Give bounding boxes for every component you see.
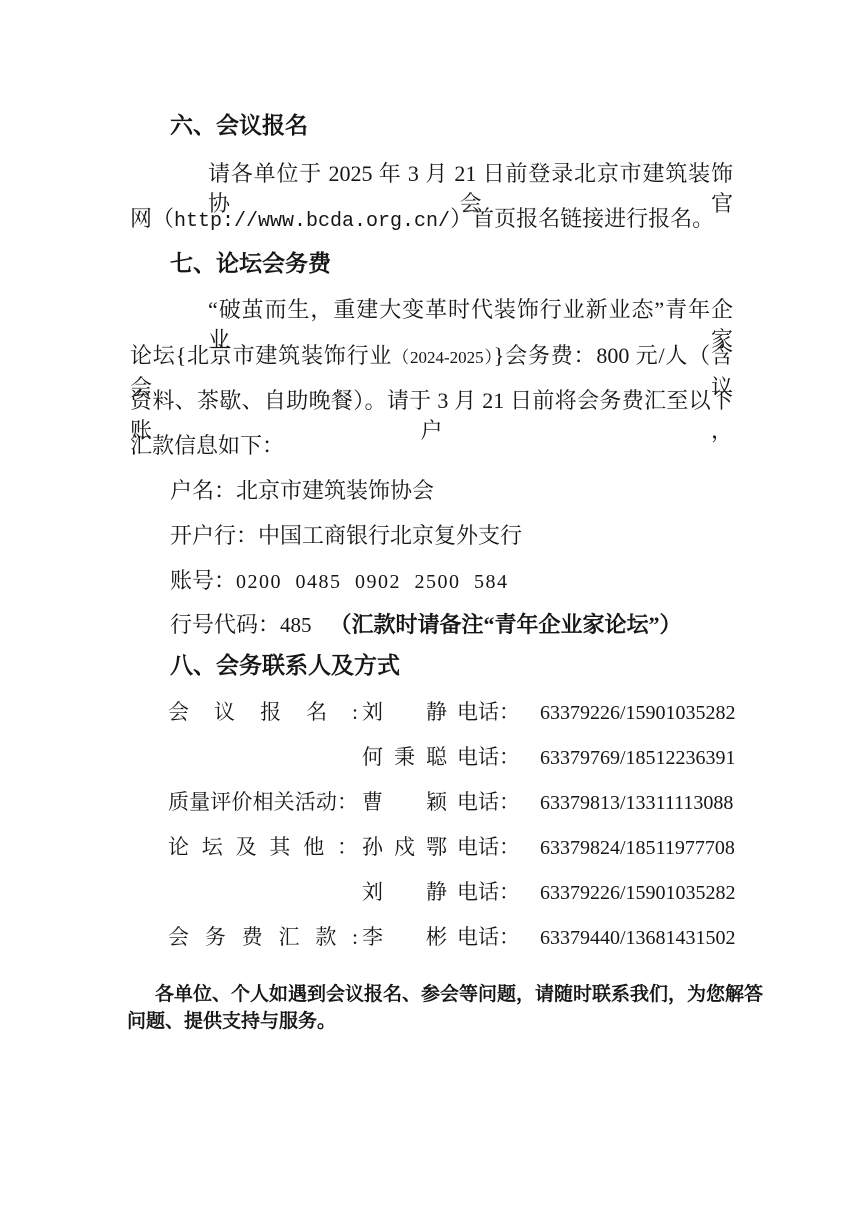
phone-label: 电话：: [457, 877, 523, 907]
section7-heading: 七、论坛会务费: [130, 249, 773, 279]
phone-label: 电话：: [457, 742, 523, 772]
document-page: 六、会议报名 请各单位于 2025 年 3 月 21 日前登录北京市建筑装饰协会…: [0, 0, 860, 1216]
bank-account-number-row: 账号：0200 0485 0902 2500 584: [130, 566, 733, 597]
contact-row: 会议报名: 刘静 电话： 63379226/15901035282: [130, 697, 733, 728]
phone-number: 63379440/13681431502: [540, 923, 736, 953]
phone-label: 电话：: [457, 697, 523, 727]
phone-number: 63379226/15901035282: [540, 698, 736, 728]
registration-url: http://www.bcda.org.cn/: [174, 210, 450, 233]
account-number: 0200 0485 0902 2500 584: [236, 571, 509, 593]
phone-number: 63379769/18512236391: [540, 743, 736, 773]
contact-role: 论坛及其他：: [168, 832, 358, 862]
contact-person: 刘静: [362, 697, 447, 727]
bank-code-label: 行号代码：: [170, 612, 280, 637]
fee-line2-a: 论坛{北京市建筑装饰行业: [130, 343, 392, 368]
bank-code-row: 行号代码：485（汇款时请备注“青年企业家论坛”）: [130, 610, 733, 640]
contact-person: 曹颖: [362, 787, 447, 817]
industry-years: （2024-2025）: [392, 348, 494, 367]
bank-branch: 开户行：中国工商银行北京复外支行: [130, 521, 733, 551]
contact-row: 会务费汇款: 李彬 电话： 63379440/13681431502: [130, 922, 733, 953]
contact-person: 何秉聪: [362, 742, 447, 772]
phone-number: 63379824/18511977708: [540, 833, 735, 863]
remit-memo-note: （汇款时请备注“青年企业家论坛”）: [330, 612, 682, 637]
section6-heading: 六、会议报名: [130, 111, 773, 141]
phone-number: 63379813/13311113088: [540, 788, 733, 818]
contact-role: 质量评价相关活动：: [168, 787, 358, 817]
section8-heading: 八、会务联系人及方式: [130, 651, 773, 681]
contact-role: 会务费汇款:: [168, 922, 358, 952]
bank-code: 485: [280, 613, 312, 637]
phone-label: 电话：: [457, 832, 523, 862]
contact-row: 质量评价相关活动： 曹颖 电话： 63379813/13311113088: [130, 787, 733, 818]
support-note-line1: 各单位、个人如遇到会议报名、参会等问题，请随时联系我们，为您解答: [127, 981, 787, 1008]
remit-info-intro: 汇款信息如下：: [130, 431, 733, 461]
contact-person: 李彬: [362, 922, 447, 952]
phone-number: 63379226/15901035282: [540, 878, 736, 908]
contact-row: 刘静 电话： 63379226/15901035282: [130, 877, 733, 908]
contact-row: 何秉聪 电话： 63379769/18512236391: [130, 742, 733, 773]
phone-label: 电话：: [457, 787, 523, 817]
phone-label: 电话：: [457, 922, 523, 952]
section6-paragraph-line2: 网（http://www.bcda.org.cn/）首页报名链接进行报名。: [130, 204, 733, 237]
bank-account-name: 户名：北京市建筑装饰协会: [130, 476, 733, 506]
support-note-line2: 问题、提供支持与服务。: [127, 1008, 759, 1035]
line2-prefix: 网（: [130, 206, 174, 231]
account-number-label: 账号：: [170, 568, 236, 593]
contact-person: 刘静: [362, 877, 447, 907]
contact-row: 论坛及其他： 孙戍鄂 电话： 63379824/18511977708: [130, 832, 733, 863]
contact-person: 孙戍鄂: [362, 832, 447, 862]
contact-role: 会议报名:: [168, 697, 358, 727]
line2-suffix: ）首页报名链接进行报名。: [450, 206, 714, 231]
